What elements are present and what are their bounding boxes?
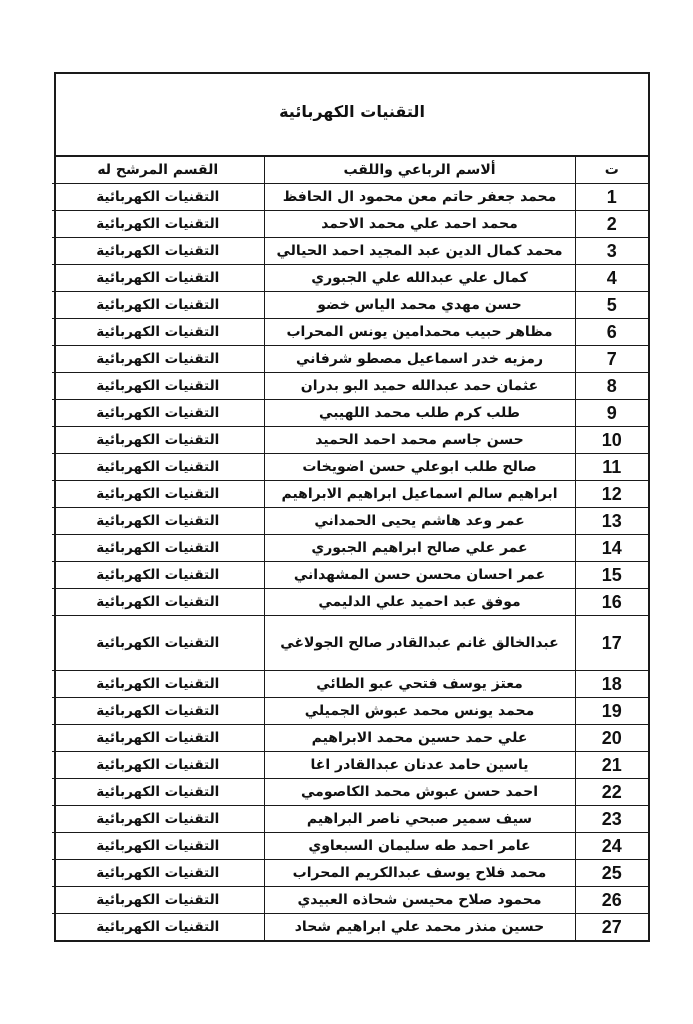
- table-row: 2محمد احمد علي محمد الاحمدالتقنيات الكهر…: [52, 211, 648, 238]
- table-row: 6مظاهر حبيب محمدامين يونس المحرابالتقنيا…: [52, 319, 648, 346]
- row-number-cell: 26: [575, 887, 648, 914]
- department-cell: التقنيات الكهربائية: [52, 292, 264, 319]
- column-header-department: القسم المرشح له: [52, 157, 264, 184]
- department-cell: التقنيات الكهربائية: [52, 752, 264, 779]
- full-name-cell: سيف سمير صبحي ناصر البراهيم: [264, 806, 575, 833]
- row-number-cell: 12: [575, 481, 648, 508]
- full-name-cell: عبدالخالق غانم عبدالقادر صالح الجولاغي: [264, 616, 575, 671]
- department-cell: التقنيات الكهربائية: [52, 265, 264, 292]
- table-row: 8عثمان حمد عبدالله حميد البو بدرانالتقني…: [52, 373, 648, 400]
- department-cell: التقنيات الكهربائية: [52, 833, 264, 860]
- department-cell: التقنيات الكهربائية: [52, 860, 264, 887]
- department-cell: التقنيات الكهربائية: [52, 346, 264, 373]
- department-cell: التقنيات الكهربائية: [52, 238, 264, 265]
- department-cell: التقنيات الكهربائية: [52, 887, 264, 914]
- row-number-cell: 15: [575, 562, 648, 589]
- full-name-cell: محمد جعفر حاتم معن محمود ال الحافظ: [264, 184, 575, 211]
- full-name-cell: عمر احسان محسن حسن المشهداني: [264, 562, 575, 589]
- department-cell: التقنيات الكهربائية: [52, 454, 264, 481]
- column-header-name: ألاسم الرباعي واللقب: [264, 157, 575, 184]
- table-row: 19محمد يونس محمد عبوش الجميليالتقنيات ال…: [52, 698, 648, 725]
- table-row: 12ابراهيم سالم اسماعيل ابراهيم الابراهيم…: [52, 481, 648, 508]
- table-body: 1محمد جعفر حاتم معن محمود ال الحافظالتقن…: [52, 184, 648, 941]
- table-row: 10حسن جاسم محمد احمد الحميدالتقنيات الكه…: [52, 427, 648, 454]
- full-name-cell: كمال علي عبدالله علي الجبوري: [264, 265, 575, 292]
- table-row: 4كمال علي عبدالله علي الجبوريالتقنيات ال…: [52, 265, 648, 292]
- department-cell: التقنيات الكهربائية: [52, 616, 264, 671]
- row-number-cell: 25: [575, 860, 648, 887]
- table-row: 21ياسين حامد عدنان عبدالقادر اغاالتقنيات…: [52, 752, 648, 779]
- table-row: 27حسين منذر محمد علي ابراهيم شحادالتقنيا…: [52, 914, 648, 941]
- row-number-cell: 22: [575, 779, 648, 806]
- full-name-cell: ابراهيم سالم اسماعيل ابراهيم الابراهيم: [264, 481, 575, 508]
- row-number-cell: 18: [575, 671, 648, 698]
- table-row: 11صالح طلب ابوعلي حسن اضويخاتالتقنيات ال…: [52, 454, 648, 481]
- department-cell: التقنيات الكهربائية: [52, 535, 264, 562]
- row-number-cell: 8: [575, 373, 648, 400]
- candidate-list-document: التقنيات الكهربائية ت ألاسم الرباعي والل…: [54, 72, 650, 942]
- full-name-cell: ياسين حامد عدنان عبدالقادر اغا: [264, 752, 575, 779]
- table-row: 1محمد جعفر حاتم معن محمود ال الحافظالتقن…: [52, 184, 648, 211]
- department-cell: التقنيات الكهربائية: [52, 508, 264, 535]
- table-header-row: ت ألاسم الرباعي واللقب القسم المرشح له: [52, 157, 648, 184]
- full-name-cell: طلب كرم طلب محمد اللهيبي: [264, 400, 575, 427]
- row-number-cell: 23: [575, 806, 648, 833]
- full-name-cell: محمد كمال الدين عبد المجيد احمد الحيالي: [264, 238, 575, 265]
- title-row: التقنيات الكهربائية: [56, 74, 648, 157]
- table-row: 9طلب كرم طلب محمد اللهيبيالتقنيات الكهرب…: [52, 400, 648, 427]
- row-number-cell: 3: [575, 238, 648, 265]
- table-row: 26محمود صلاح محيسن شحاذه العبيديالتقنيات…: [52, 887, 648, 914]
- full-name-cell: عثمان حمد عبدالله حميد البو بدران: [264, 373, 575, 400]
- table-row: 18معتز يوسف فتحي عبو الطائيالتقنيات الكه…: [52, 671, 648, 698]
- department-cell: التقنيات الكهربائية: [52, 562, 264, 589]
- table-row: 17عبدالخالق غانم عبدالقادر صالح الجولاغي…: [52, 616, 648, 671]
- full-name-cell: محمد فلاح يوسف عبدالكريم المحراب: [264, 860, 575, 887]
- row-number-cell: 11: [575, 454, 648, 481]
- full-name-cell: احمد حسن عبوش محمد الكاصومي: [264, 779, 575, 806]
- department-cell: التقنيات الكهربائية: [52, 914, 264, 941]
- column-header-number: ت: [575, 157, 648, 184]
- row-number-cell: 2: [575, 211, 648, 238]
- full-name-cell: صالح طلب ابوعلي حسن اضويخات: [264, 454, 575, 481]
- row-number-cell: 13: [575, 508, 648, 535]
- full-name-cell: حسين منذر محمد علي ابراهيم شحاد: [264, 914, 575, 941]
- department-cell: التقنيات الكهربائية: [52, 211, 264, 238]
- table-row: 3محمد كمال الدين عبد المجيد احمد الحيالي…: [52, 238, 648, 265]
- row-number-cell: 20: [575, 725, 648, 752]
- department-cell: التقنيات الكهربائية: [52, 698, 264, 725]
- full-name-cell: محمد يونس محمد عبوش الجميلي: [264, 698, 575, 725]
- department-cell: التقنيات الكهربائية: [52, 481, 264, 508]
- department-cell: التقنيات الكهربائية: [52, 400, 264, 427]
- department-cell: التقنيات الكهربائية: [52, 427, 264, 454]
- table-row: 20علي حمد حسين محمد الابراهيمالتقنيات ال…: [52, 725, 648, 752]
- full-name-cell: موفق عبد احميد علي الدليمي: [264, 589, 575, 616]
- row-number-cell: 7: [575, 346, 648, 373]
- row-number-cell: 16: [575, 589, 648, 616]
- full-name-cell: حسن مهدي محمد الياس خضو: [264, 292, 575, 319]
- row-number-cell: 24: [575, 833, 648, 860]
- table-row: 25محمد فلاح يوسف عبدالكريم المحرابالتقني…: [52, 860, 648, 887]
- row-number-cell: 5: [575, 292, 648, 319]
- department-cell: التقنيات الكهربائية: [52, 725, 264, 752]
- full-name-cell: عمر علي صالح ابراهيم الجبوري: [264, 535, 575, 562]
- table-row: 23سيف سمير صبحي ناصر البراهيمالتقنيات ال…: [52, 806, 648, 833]
- table-row: 13عمر وعد هاشم يحيى الحمدانيالتقنيات الك…: [52, 508, 648, 535]
- table-row: 7رمزيه خدر اسماعيل مصطو شرفانيالتقنيات ا…: [52, 346, 648, 373]
- department-cell: التقنيات الكهربائية: [52, 319, 264, 346]
- full-name-cell: عمر وعد هاشم يحيى الحمداني: [264, 508, 575, 535]
- table-row: 22احمد حسن عبوش محمد الكاصوميالتقنيات ال…: [52, 779, 648, 806]
- table-row: 15عمر احسان محسن حسن المشهدانيالتقنيات ا…: [52, 562, 648, 589]
- row-number-cell: 17: [575, 616, 648, 671]
- row-number-cell: 10: [575, 427, 648, 454]
- row-number-cell: 9: [575, 400, 648, 427]
- document-title: التقنيات الكهربائية: [279, 102, 425, 121]
- full-name-cell: عامر احمد طه سليمان السبعاوي: [264, 833, 575, 860]
- department-cell: التقنيات الكهربائية: [52, 589, 264, 616]
- department-cell: التقنيات الكهربائية: [52, 806, 264, 833]
- full-name-cell: علي حمد حسين محمد الابراهيم: [264, 725, 575, 752]
- row-number-cell: 27: [575, 914, 648, 941]
- full-name-cell: معتز يوسف فتحي عبو الطائي: [264, 671, 575, 698]
- full-name-cell: محمد احمد علي محمد الاحمد: [264, 211, 575, 238]
- table-row: 24عامر احمد طه سليمان السبعاويالتقنيات ا…: [52, 833, 648, 860]
- row-number-cell: 6: [575, 319, 648, 346]
- department-cell: التقنيات الكهربائية: [52, 184, 264, 211]
- row-number-cell: 21: [575, 752, 648, 779]
- row-number-cell: 1: [575, 184, 648, 211]
- department-cell: التقنيات الكهربائية: [52, 671, 264, 698]
- full-name-cell: حسن جاسم محمد احمد الحميد: [264, 427, 575, 454]
- row-number-cell: 4: [575, 265, 648, 292]
- full-name-cell: مظاهر حبيب محمدامين يونس المحراب: [264, 319, 575, 346]
- candidates-table: ت ألاسم الرباعي واللقب القسم المرشح له 1…: [52, 157, 648, 940]
- department-cell: التقنيات الكهربائية: [52, 373, 264, 400]
- table-row: 14عمر علي صالح ابراهيم الجبوريالتقنيات ا…: [52, 535, 648, 562]
- full-name-cell: محمود صلاح محيسن شحاذه العبيدي: [264, 887, 575, 914]
- row-number-cell: 14: [575, 535, 648, 562]
- table-row: 16موفق عبد احميد علي الدليميالتقنيات الك…: [52, 589, 648, 616]
- table-row: 5حسن مهدي محمد الياس خضوالتقنيات الكهربا…: [52, 292, 648, 319]
- department-cell: التقنيات الكهربائية: [52, 779, 264, 806]
- full-name-cell: رمزيه خدر اسماعيل مصطو شرفاني: [264, 346, 575, 373]
- row-number-cell: 19: [575, 698, 648, 725]
